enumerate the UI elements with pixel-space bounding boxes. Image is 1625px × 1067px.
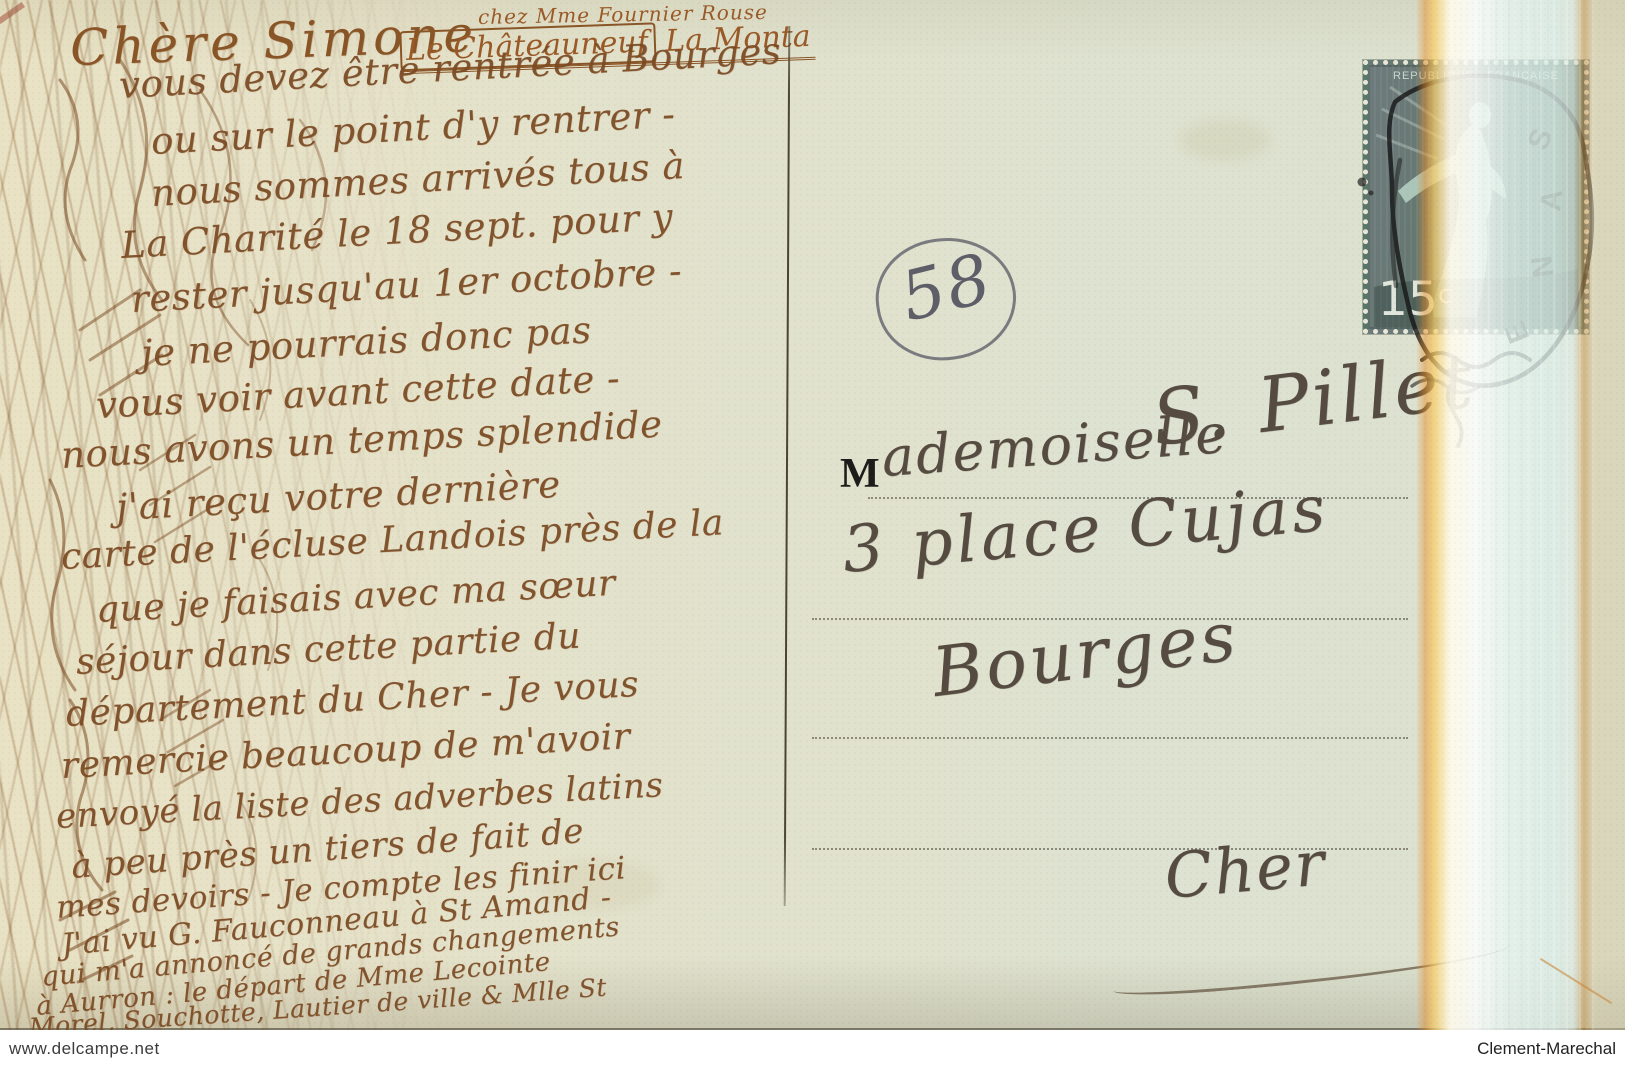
postcard-back: Chère Simone chez Mme Fournier Rouse Le … [0,0,1625,1030]
postmark-letter: N [1525,254,1561,280]
paper-stain [1180,120,1270,160]
pencil-department-number: 58 [868,229,1024,369]
center-divider [784,26,791,906]
seller-watermark: Clement-Marechal [1477,1039,1616,1059]
addressee-street: 3 place Cujas [840,472,1332,588]
postcard-scan: Chère Simone chez Mme Fournier Rouse Le … [0,0,1625,1067]
address-ruled-line-3 [812,737,1408,739]
watermark-strip: www.delcampe.net Clement-Marechal [0,1030,1625,1067]
postmark-letter: A [1534,188,1569,213]
addressee-city: Bourges [928,597,1242,713]
delcampe-watermark: www.delcampe.net [9,1039,160,1059]
pen-flourish [1111,935,1512,1001]
postmark: SANE [1300,30,1625,450]
pencil-number-text: 58 [893,239,1000,338]
scratch-mark [1540,958,1612,1004]
postmark-letter: E [1498,317,1536,348]
addressee-department: Cher [1162,826,1329,913]
postmark-letter: S [1522,124,1560,154]
printed-m-prefix: M [840,450,880,498]
